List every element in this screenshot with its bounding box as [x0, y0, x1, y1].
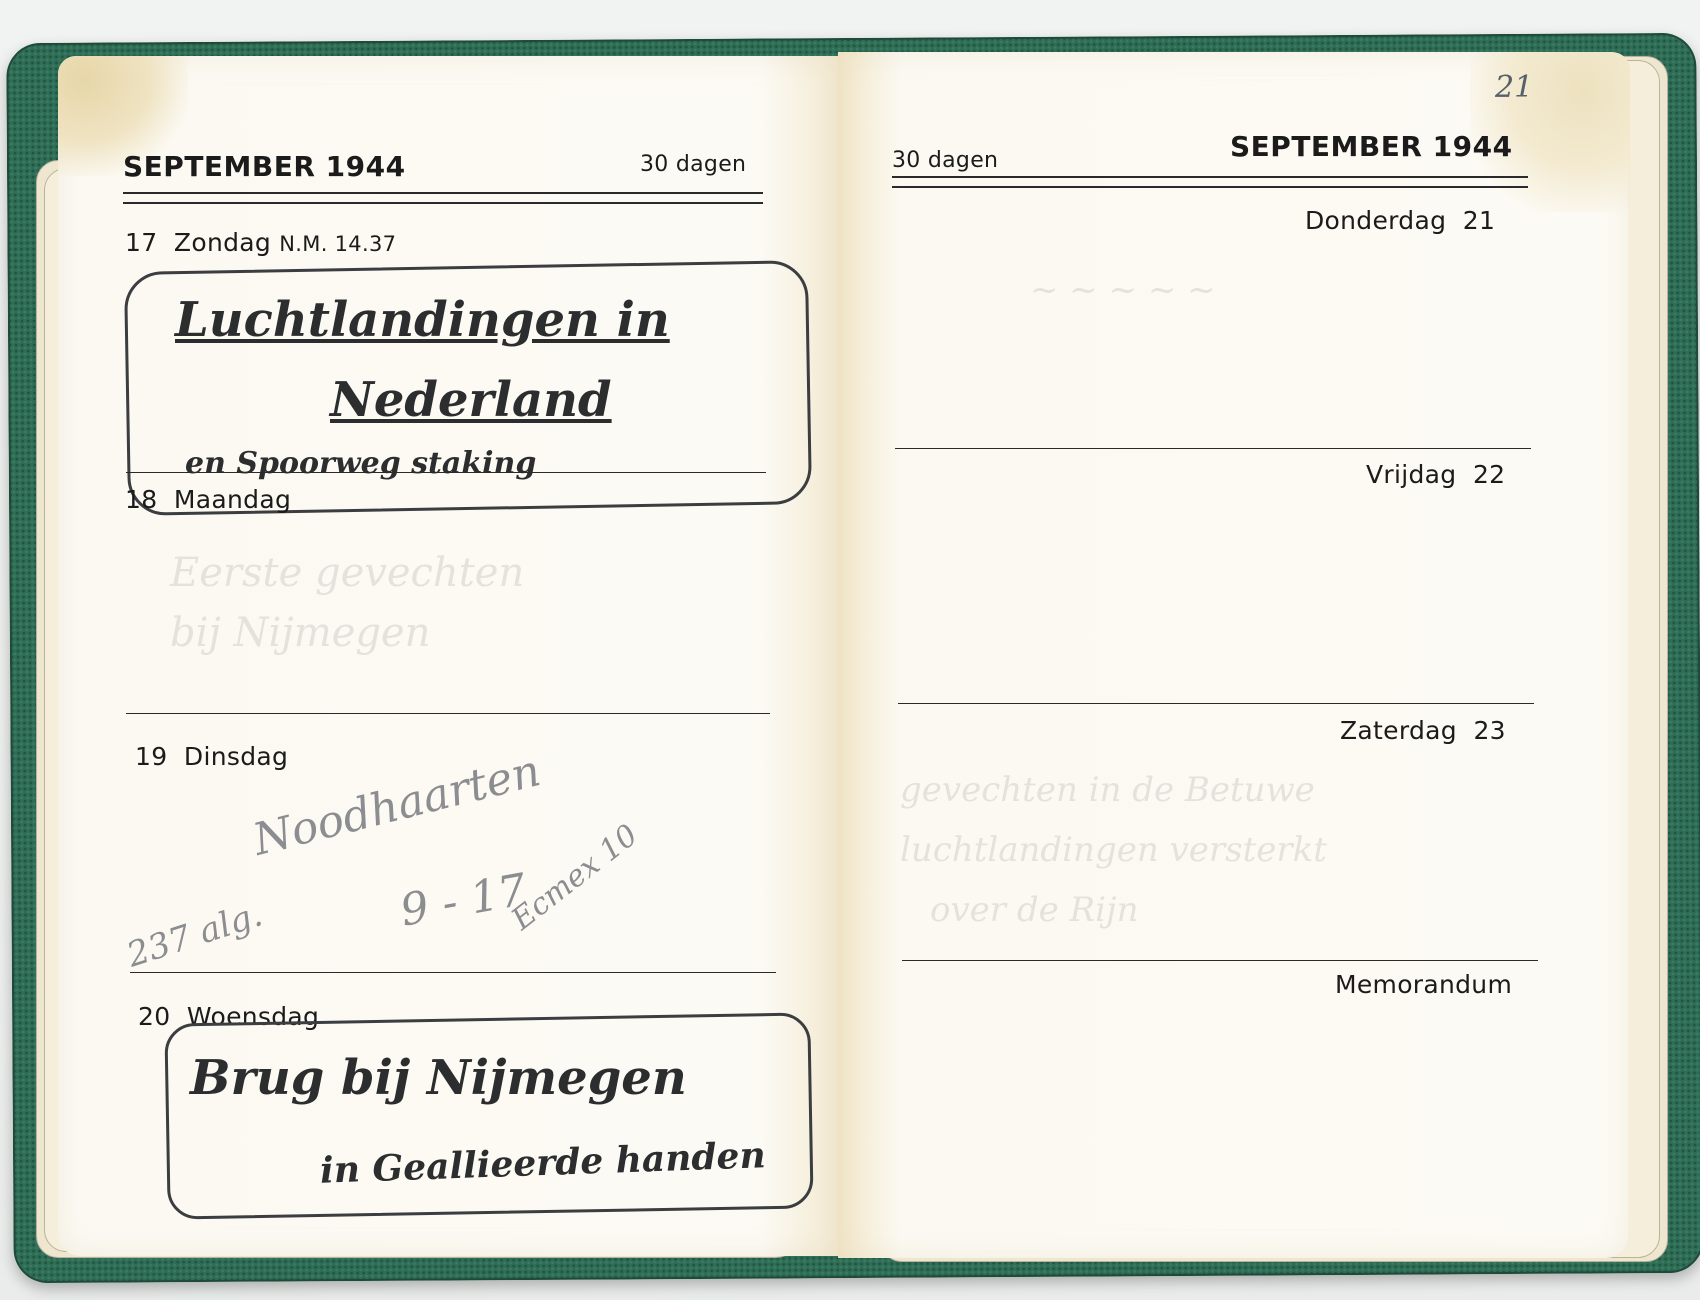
show-through-text: ~ ~ ~ ~ ~ — [1030, 270, 1216, 310]
left-days-count: 30 dagen — [640, 152, 746, 177]
show-through-text: luchtlandingen versterkt — [900, 830, 1327, 870]
day-22-label: Vrijdag 22 — [1366, 460, 1505, 489]
day-rule-23 — [902, 960, 1538, 961]
day-name: Maandag — [174, 485, 291, 514]
day-name: Donderdag — [1305, 206, 1446, 235]
handwriting-20-line1: Brug bij Nijmegen — [190, 1050, 687, 1106]
show-through-text: bij Nijmegen — [170, 610, 430, 656]
day-number: 18 — [125, 485, 157, 514]
day-number: 21 — [1463, 206, 1495, 235]
show-through-text: gevechten in de Betuwe — [900, 770, 1315, 810]
header-rule-1 — [123, 192, 763, 194]
day-rule-19 — [130, 972, 776, 973]
right-days-count: 30 dagen — [892, 148, 998, 173]
day-21-label: Donderdag 21 — [1305, 206, 1495, 235]
ink-box-20 — [164, 1012, 813, 1219]
left-month-title: SEPTEMBER 1944 — [123, 150, 406, 183]
day-rule-22 — [898, 703, 1534, 704]
right-header-rule-1 — [892, 176, 1528, 178]
right-month-title: SEPTEMBER 1944 — [1230, 130, 1513, 163]
header-rule-2 — [123, 202, 763, 204]
day-name: Vrijdag — [1366, 460, 1456, 489]
day-number: 22 — [1473, 460, 1505, 489]
day-number: 19 — [135, 742, 167, 771]
day-number: 20 — [138, 1002, 170, 1031]
day-19-label: 19 Dinsdag — [135, 742, 288, 771]
day-number: 23 — [1473, 716, 1505, 745]
day-18-label: 18 Maandag — [125, 485, 291, 514]
day-rule-21 — [895, 448, 1531, 449]
day-rule-17 — [126, 472, 766, 473]
right-page — [838, 52, 1628, 1258]
day-rule-18 — [126, 713, 770, 714]
day-23-label: Zaterdag 23 — [1340, 716, 1506, 745]
day-name: Dinsdag — [184, 742, 288, 771]
diary-scan: SEPTEMBER 1944 30 dagen 17 Zondag N.M. 1… — [0, 0, 1700, 1300]
day-name: Zondag — [174, 228, 271, 257]
day-name: Zaterdag — [1340, 716, 1457, 745]
day-number: 17 — [125, 228, 157, 257]
corner-page-mark: 21 — [1495, 70, 1533, 105]
day-17-label: 17 Zondag N.M. 14.37 — [125, 228, 396, 257]
right-header-rule-2 — [892, 186, 1528, 188]
show-through-text: Eerste gevechten — [170, 550, 524, 596]
show-through-text: over de Rijn — [930, 890, 1138, 930]
memorandum-label: Memorandum — [1335, 970, 1512, 999]
day-note: N.M. 14.37 — [279, 232, 396, 256]
handwriting-17-line2: Nederland — [330, 372, 612, 428]
handwriting-17-line3: en Spoorweg staking — [185, 446, 536, 481]
handwriting-17-line1: Luchtlandingen in — [175, 292, 670, 348]
